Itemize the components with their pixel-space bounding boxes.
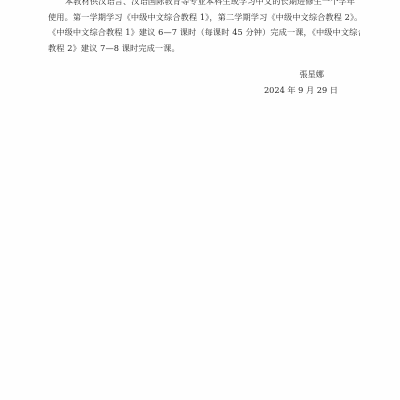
paragraph-line: 教程 2》建议 7—8 课时完成一课。 <box>48 41 360 57</box>
author-name: 張星娜 <box>264 66 338 82</box>
paragraph-line: 《中级中文综合教程 1》建议 6—7 课时（每课时 45 分钟）完成一课，《中级… <box>48 25 360 41</box>
document-page: 本教材供汉语言、汉语国际教育等专业本科生或学习中文的长期进修生一个学年 使用。第… <box>0 0 400 400</box>
paragraph-line: 使用。第一学期学习《中级中文综合教程 1》，第二学期学习《中级中文综合教程 2》… <box>48 10 360 26</box>
signature-date: 2024 年 9 月 29 日 <box>264 82 338 98</box>
paragraph-line: 本教材供汉语言、汉语国际教育等专业本科生或学习中文的长期进修生一个学年 <box>48 0 360 10</box>
signature-block: 張星娜 2024 年 9 月 29 日 <box>264 66 338 98</box>
preface-paragraph: 本教材供汉语言、汉语国际教育等专业本科生或学习中文的长期进修生一个学年 使用。第… <box>48 0 360 56</box>
